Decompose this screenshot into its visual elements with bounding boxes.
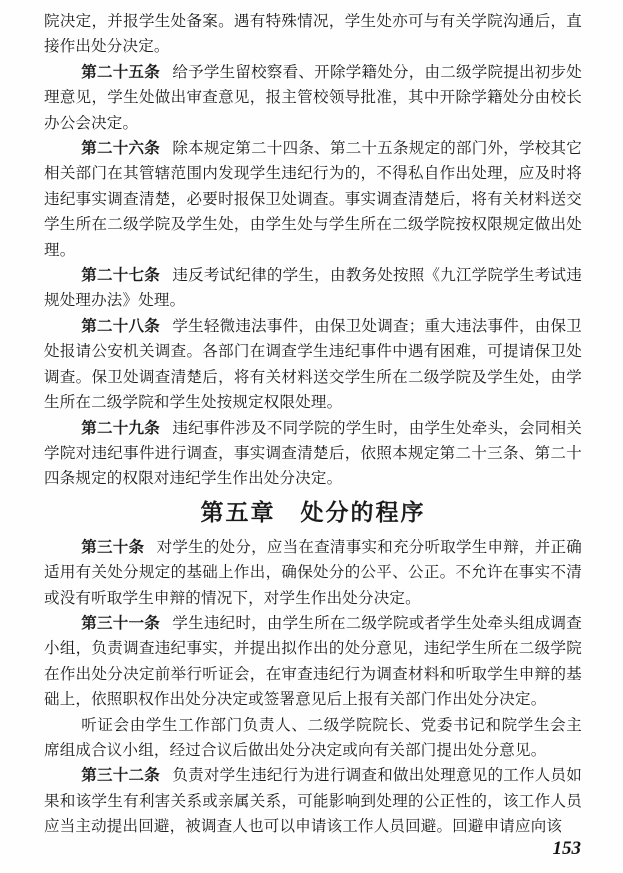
document-content: 院决定，并报学生处备案。遇有特殊情况，学生处亦可与有关学院沟通后，直接作出处分决…	[44, 9, 582, 840]
chapter-heading: 第五章 处分的程序	[44, 499, 582, 525]
page-number: 153	[553, 838, 582, 860]
body-paragraph: 听证会由学生工作部门负责人、二级学院院长、党委书记和院学生会主席组成合议小组，经…	[44, 713, 582, 764]
article-paragraph: 第三十一条学生违纪时，由学生所在二级学院或者学生处牵头组成调查小组，负责调查违纪…	[44, 611, 582, 713]
article-paragraph: 第二十五条给予学生留校察看、开除学籍处分，由二级学院提出初步处理意见，学生处做出…	[44, 60, 582, 136]
article-number: 第二十七条	[81, 267, 160, 284]
paragraph-text: 听证会由学生工作部门负责人、二级学院院长、党委书记和院学生会主席组成合议小组，经…	[44, 717, 582, 759]
article-number: 第二十八条	[81, 318, 160, 335]
article-number: 第二十九条	[81, 420, 160, 437]
article-number: 第二十六条	[81, 140, 160, 157]
article-paragraph: 第二十八条学生轻微违法事件，由保卫处调查；重大违法事件，由保卫处报请公安机关调查…	[44, 314, 582, 416]
paragraph-text: 院决定，并报学生处备案。遇有特殊情况，学生处亦可与有关学院沟通后，直接作出处分决…	[44, 13, 582, 55]
body-paragraph: 院决定，并报学生处备案。遇有特殊情况，学生处亦可与有关学院沟通后，直接作出处分决…	[44, 9, 582, 60]
article-paragraph: 第二十七条违反考试纪律的学生，由教务处按照《九江学院学生考试违规处理办法》处理。	[44, 263, 582, 314]
article-paragraph: 第三十二条负责对学生违纪行为进行调查和做出处理意见的工作人员如果和该学生有利害关…	[44, 763, 582, 839]
article-paragraph: 第三十条对学生的处分，应当在查清事实和充分听取学生申辩，并正确适用有关处分规定的…	[44, 535, 582, 611]
article-paragraph: 第二十六条除本规定第二十四条、第二十五条规定的部门外，学校其它相关部门在其管辖范…	[44, 136, 582, 263]
article-number: 第二十五条	[81, 64, 160, 81]
paragraph-text: 除本规定第二十四条、第二十五条规定的部门外，学校其它相关部门在其管辖范围内发现学…	[44, 140, 582, 259]
article-number: 第三十条	[81, 539, 144, 556]
article-number: 第三十一条	[81, 615, 160, 632]
article-paragraph: 第二十九条违纪事件涉及不同学院的学生时，由学生处牵头，会同相关学院对违纪事件进行…	[44, 416, 582, 492]
article-number: 第三十二条	[81, 767, 160, 784]
document-page: 院决定，并报学生处备案。遇有特殊情况，学生处亦可与有关学院沟通后，直接作出处分决…	[0, 0, 623, 873]
